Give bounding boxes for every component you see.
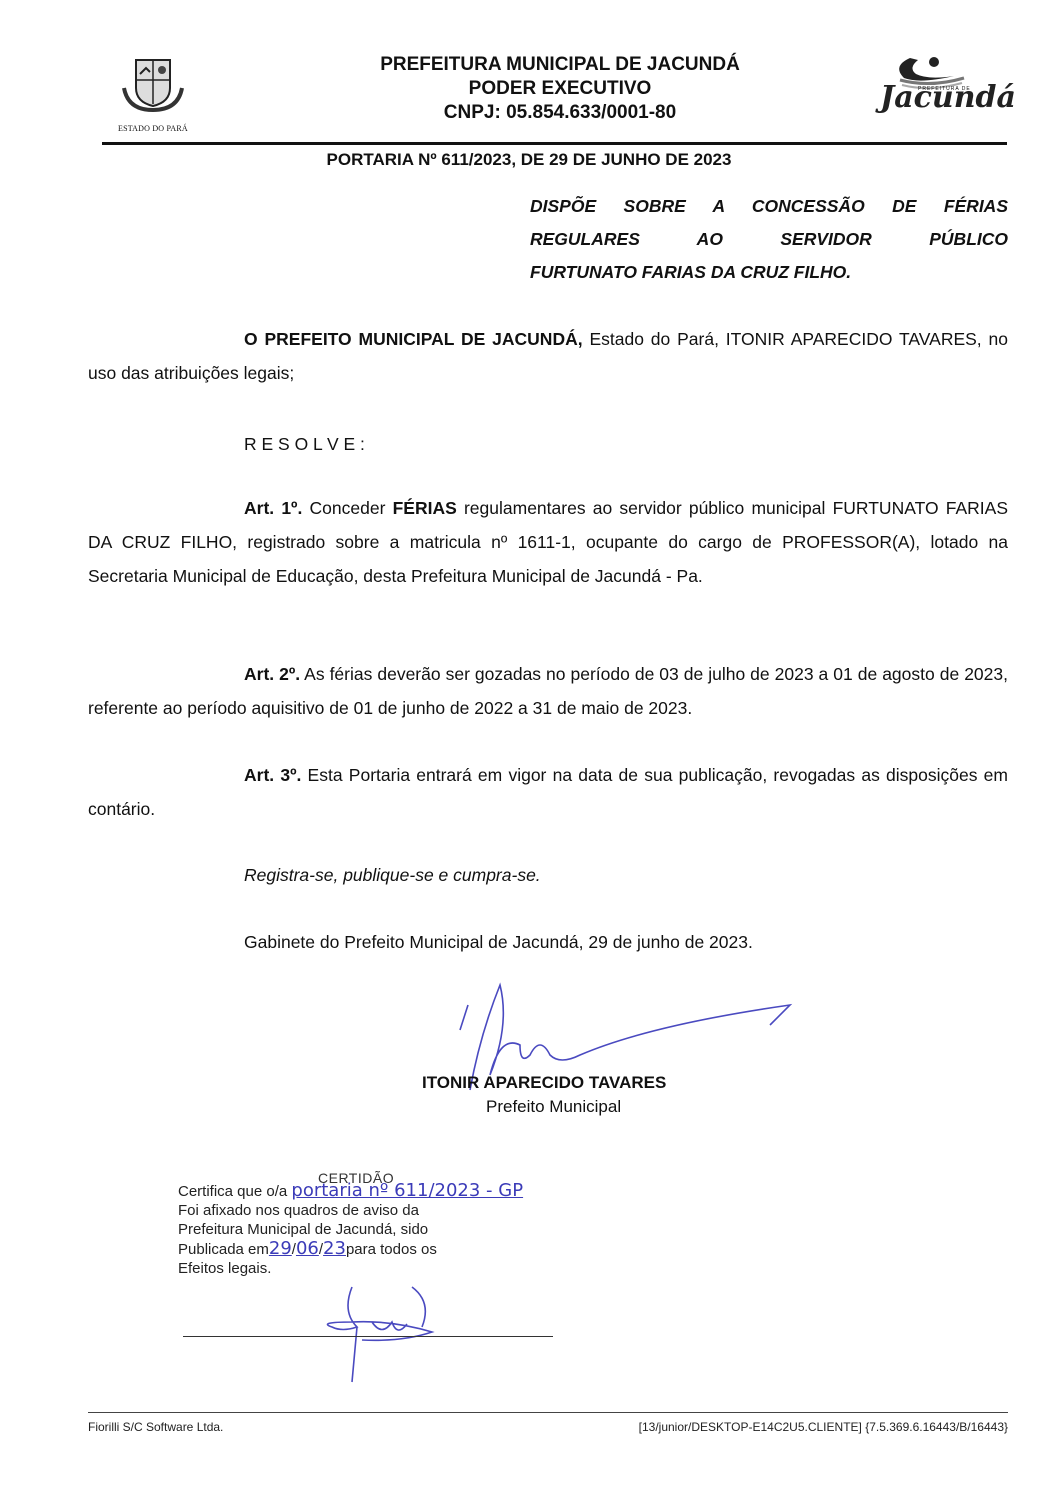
preamble-bold: O PREFEITO MUNICIPAL DE JACUNDÁ,: [244, 329, 583, 349]
portaria-title: PORTARIA Nº 611/2023, DE 29 DE JUNHO DE …: [0, 150, 1058, 170]
estado-label: ESTADO DO PARÁ: [118, 124, 188, 133]
ementa-line: REGULARES AO SERVIDOR PÚBLICO: [530, 223, 1008, 256]
article-3: Art. 3º. Esta Portaria entrará em vigor …: [88, 758, 1008, 826]
certidao-text: Prefeitura Municipal de Jacundá, sido: [178, 1220, 523, 1239]
article-text: Esta Portaria entrará em vigor na data d…: [88, 765, 1008, 819]
article-bold-word: FÉRIAS: [393, 498, 457, 518]
article-label: Art. 1º.: [244, 498, 302, 518]
header-title: PREFEITURA MUNICIPAL DE JACUNDÁ: [300, 53, 820, 76]
certidao-text: Efeitos legais.: [178, 1259, 523, 1278]
certidao-stamp: Certifica que o/a portaria nº 611/2023 -…: [178, 1173, 523, 1278]
gabinete-text: Gabinete do Prefeito Municipal de Jacund…: [88, 925, 1008, 959]
certidao-signature-icon: [312, 1282, 452, 1397]
signer-role: Prefeito Municipal: [486, 1097, 621, 1117]
footer-software: Fiorilli S/C Software Ltda.: [88, 1420, 223, 1434]
registra-text: Registra-se, publique-se e cumpra-se.: [88, 858, 1008, 892]
certidao-month: 06: [296, 1238, 319, 1259]
article-1: Art. 1º. Conceder FÉRIAS regulamentares …: [88, 491, 1008, 593]
header-cnpj: CNPJ: 05.854.633/0001-80: [300, 101, 820, 124]
article-label: Art. 2º.: [244, 664, 300, 684]
ementa-line: FURTUNATO FARIAS DA CRUZ FILHO.: [530, 256, 1008, 289]
article-label: Art. 3º.: [244, 765, 301, 785]
article-2: Art. 2º. As férias deverão ser gozadas n…: [88, 657, 1008, 725]
footer-system-info: [13/junior/DESKTOP-E14C2U5.CLIENTE] {7.5…: [639, 1420, 1008, 1434]
certidao-text: Foi afixado nos quadros de aviso da: [178, 1201, 523, 1220]
ementa-line: DISPÕE SOBRE A CONCESSÃO DE FÉRIAS: [530, 190, 1008, 223]
header-subtitle: PODER EXECUTIVO: [300, 77, 820, 100]
header-divider: [102, 142, 1007, 145]
certidao-year: 23: [323, 1238, 346, 1259]
article-text: regulamentares ao servidor público munic…: [88, 498, 1008, 586]
certidao-text: para todos os: [346, 1241, 437, 1258]
certidao-day: 29: [269, 1238, 292, 1259]
ementa: DISPÕE SOBRE A CONCESSÃO DE FÉRIAS REGUL…: [530, 190, 1008, 289]
resolve: R E S O L V E :: [88, 427, 1008, 461]
municipal-crest-icon: [118, 54, 188, 114]
certidao-text: Publicada em: [178, 1241, 269, 1258]
article-text: As férias deverão ser gozadas no período…: [88, 664, 1008, 718]
preamble: O PREFEITO MUNICIPAL DE JACUNDÁ, Estado …: [88, 322, 1008, 390]
footer-divider: [88, 1412, 1008, 1413]
logo-text: Jacundá: [880, 80, 1016, 115]
certidao-signature-line: [183, 1336, 553, 1337]
article-text: Conceder: [302, 498, 392, 518]
certidao-text: Certifica que o/a: [178, 1183, 287, 1200]
certidao-handwritten-doc: portaria nº 611/2023 - GP: [291, 1180, 523, 1201]
signer-name: ITONIR APARECIDO TAVARES: [422, 1073, 666, 1093]
